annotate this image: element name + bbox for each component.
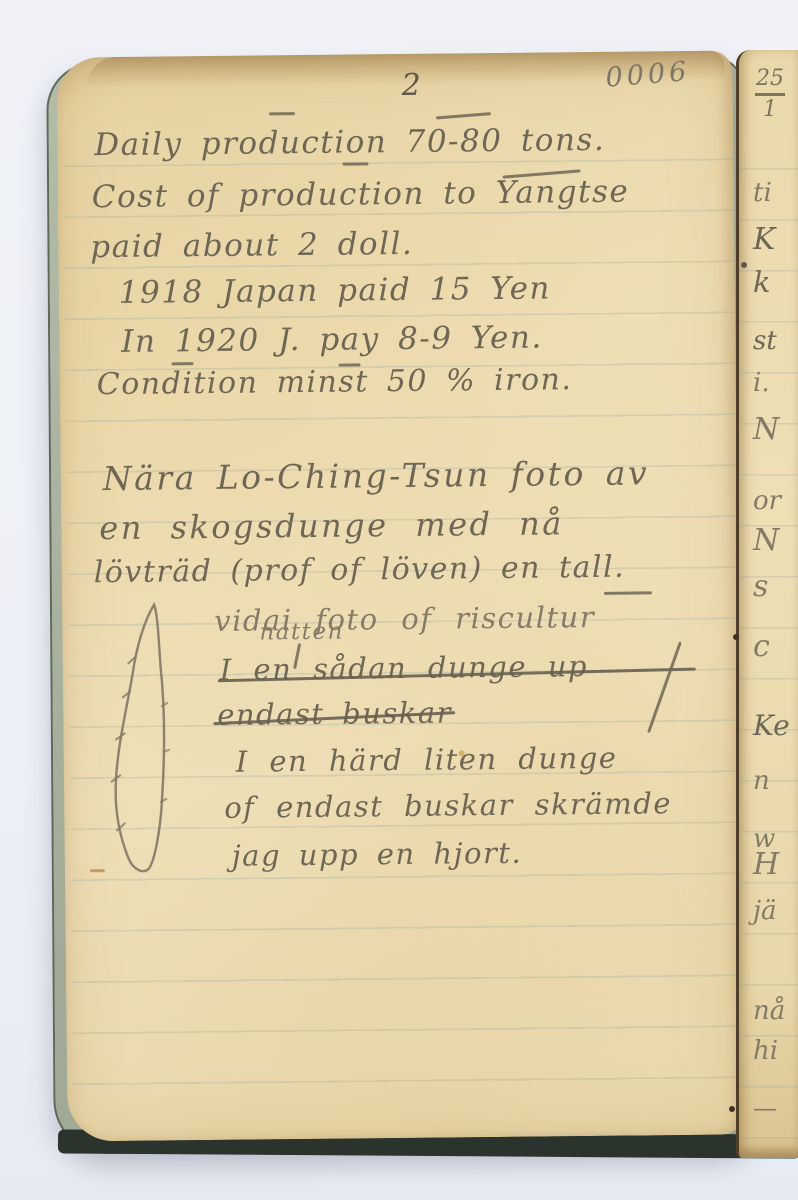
note-line: Nära Lo-Ching-Tsun foto av <box>103 456 650 495</box>
page-number: 2 <box>401 68 420 103</box>
stitch-hole <box>729 1106 735 1112</box>
notebook-scan: 2 0006 Daily production 70-80 tons. Cost… <box>0 0 798 1200</box>
note-line: Cost of production to Yangtse <box>92 177 630 214</box>
fraction-numerator: 25 <box>755 68 785 90</box>
right-page: 25 1 ti K k st i. N or N s c Ke n w H jä… <box>736 50 798 1158</box>
text-fragment: s <box>753 572 768 602</box>
text-fragment: H <box>753 850 779 880</box>
note-line: Daily production 70-80 tons. <box>94 125 605 161</box>
fraction-denominator: 1 <box>755 99 785 121</box>
note-line: I en härd liten dunge <box>236 744 618 777</box>
stamp-number: 0006 <box>604 56 691 94</box>
note-line: lövträd (prof of löven) en tall. <box>94 553 626 589</box>
leaf-outline-sketch <box>102 594 201 891</box>
text-fragment: n <box>753 768 770 794</box>
date-fraction: 25 1 <box>755 68 785 121</box>
text-fragment: K <box>753 225 775 255</box>
overline-mark <box>269 112 295 115</box>
text-fragment: ti <box>753 180 772 206</box>
note-line: jag upp en hjort. <box>232 839 523 871</box>
stitch-hole <box>733 634 739 640</box>
text-fragment: N <box>753 415 779 445</box>
note-line: paid about 2 doll. <box>90 229 413 263</box>
overline-mark <box>436 112 491 119</box>
text-fragment: or <box>753 488 781 514</box>
text-fragment: jä <box>753 898 777 924</box>
red-stain <box>90 869 105 872</box>
underline-mark <box>172 362 194 365</box>
text-fragment: — <box>753 1096 777 1120</box>
note-line: Condition minst 50 % iron. <box>97 365 573 400</box>
underline-mark <box>604 591 652 595</box>
fraction-bar <box>755 93 785 96</box>
text-fragment: i. <box>753 370 770 396</box>
note-line: 1918 Japan paid 15 Yen <box>119 273 551 309</box>
underline-mark <box>342 162 368 165</box>
text-fragment: c <box>753 632 770 662</box>
text-fragment: nå <box>753 998 785 1024</box>
text-fragment: N <box>753 526 779 556</box>
left-page: 2 0006 Daily production 70-80 tons. Cost… <box>56 50 743 1141</box>
text-fragment: st <box>753 328 777 354</box>
inserted-word: natten <box>259 621 344 645</box>
note-line: en skogsdunge med nå <box>99 507 564 544</box>
text-fragment: hi <box>753 1038 778 1064</box>
text-fragment: k <box>753 268 771 297</box>
overline-mark <box>339 363 361 366</box>
text-fragment: Ke <box>753 712 790 740</box>
note-line: of endast buskar skrämde <box>224 789 672 823</box>
pencil-dot <box>741 262 747 268</box>
yellow-stain <box>459 750 465 756</box>
note-line: In 1920 J. pay 8-9 Yen. <box>121 322 543 357</box>
